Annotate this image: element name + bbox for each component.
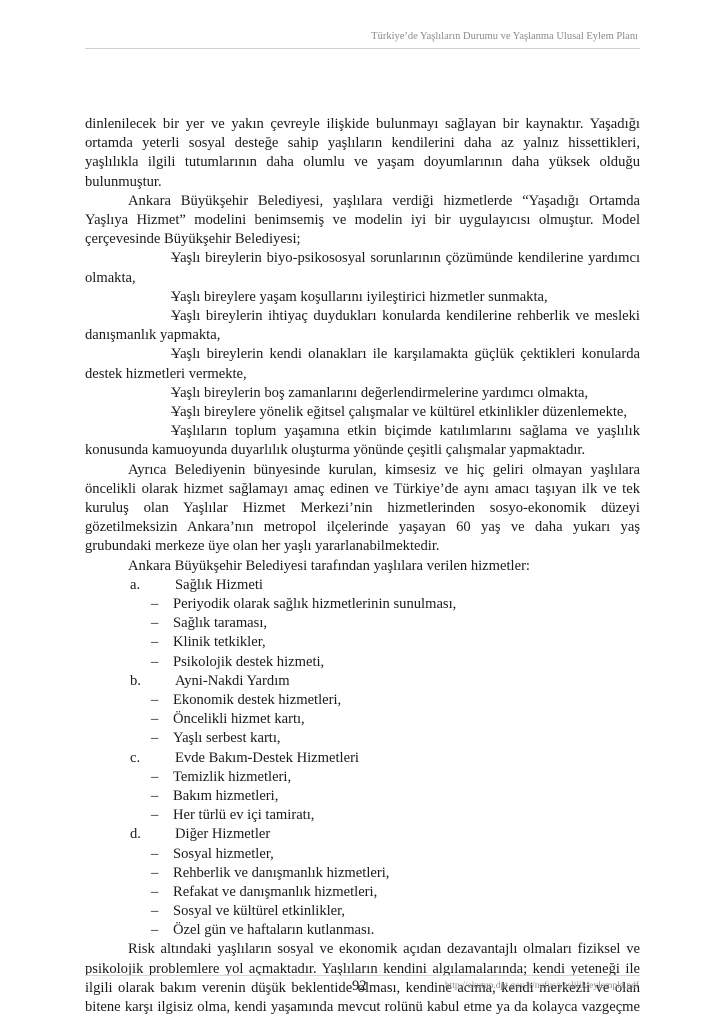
dash-bullet: – (151, 729, 158, 748)
dash-bullet: – (128, 249, 171, 268)
section-heading: a. Sağlık Hizmeti (85, 576, 640, 595)
section-title: Sağlık Hizmeti (175, 576, 263, 595)
dash-bullet: – (128, 422, 171, 441)
list-item: –Her türlü ev içi tamiratı, (85, 806, 640, 825)
list-item: –Sosyal ve kültürel etkinlikler, (85, 902, 640, 921)
section-letter: c. (130, 749, 140, 768)
dash-bullet: – (151, 864, 158, 883)
dash-bullet: – (151, 787, 158, 806)
dash-bullet: – (151, 883, 158, 902)
dash-bullet: – (128, 384, 171, 403)
list-item: –Yaşlı bireylere yönelik eğitsel çalışma… (85, 403, 640, 422)
section-title: Diğer Hizmetler (175, 825, 270, 844)
dash-bullet: – (151, 902, 158, 921)
footer-divider (85, 975, 640, 976)
paragraph-2: Ankara Büyükşehir Belediyesi, yaşlılara … (85, 192, 640, 250)
dash-bullet: – (151, 768, 158, 787)
services-list: a. Sağlık Hizmeti –Periyodik olarak sağl… (85, 576, 640, 941)
paragraph-3: Ayrıca Belediyenin bünyesinde kurulan, k… (85, 461, 640, 557)
dash-bullet: – (151, 806, 158, 825)
dash-bullet: – (128, 403, 171, 422)
dash-bullet: – (128, 345, 171, 364)
section-heading: c. Evde Bakım-Destek Hizmetleri (85, 749, 640, 768)
section-heading: b. Ayni-Nakdi Yardım (85, 672, 640, 691)
section-letter: b. (130, 672, 141, 691)
page-body: dinlenilecek bir yer ve yakın çevreyle i… (85, 115, 640, 1017)
list-item: –Yaşlı bireylerin boş zamanlarını değerl… (85, 384, 640, 403)
section-title: Ayni-Nakdi Yardım (175, 672, 290, 691)
list-item: –Yaşlı bireylerin kendi olanakları ile k… (85, 345, 640, 383)
list-item: –Özel gün ve haftaların kutlanması. (85, 921, 640, 940)
dash-bullet: – (151, 845, 158, 864)
dash-bullet: – (128, 307, 171, 326)
list-item: –Refakat ve danışmanlık hizmetleri, (85, 883, 640, 902)
paragraph-1: dinlenilecek bir yer ve yakın çevreyle i… (85, 115, 640, 192)
section-heading: d. Diğer Hizmetler (85, 825, 640, 844)
dash-bullet: – (128, 288, 171, 307)
list-item: –Periyodik olarak sağlık hizmetlerinin s… (85, 595, 640, 614)
page-number: 92 (352, 978, 367, 995)
list-item: –Rehberlik ve danışmanlık hizmetleri, (85, 864, 640, 883)
section-letter: a. (130, 576, 140, 595)
list-item: –Psikolojik destek hizmeti, (85, 653, 640, 672)
list-item: –Yaşlı serbest kartı, (85, 729, 640, 748)
model-list: –Yaşlı bireylerin biyo-psikososyal sorun… (85, 249, 640, 460)
list-item: –Yaşlı bireylere yaşam koşullarını iyile… (85, 288, 640, 307)
list-item: –Temizlik hizmetleri, (85, 768, 640, 787)
dash-bullet: – (151, 653, 158, 672)
document-title: Türkiye’de Yaşlıların Durumu ve Yaşlanma… (371, 31, 638, 42)
header-divider (85, 48, 640, 49)
section-letter: d. (130, 825, 141, 844)
dash-bullet: – (151, 691, 158, 710)
paragraph-4: Ankara Büyükşehir Belediyesi tarafından … (85, 557, 640, 576)
section-title: Evde Bakım-Destek Hizmetleri (175, 749, 359, 768)
list-item: –Yaşlı bireylerin biyo-psikososyal sorun… (85, 249, 640, 287)
dash-bullet: – (151, 595, 158, 614)
dash-bullet: – (151, 710, 158, 729)
dash-bullet: – (151, 921, 158, 940)
dash-bullet: – (151, 614, 158, 633)
list-item: –Yaşlı bireylerin ihtiyaç duydukları kon… (85, 307, 640, 345)
list-item: –Ekonomik destek hizmetleri, (85, 691, 640, 710)
source-url: http://ekutup.dpt.gov.tr/nufus/yaslilik/… (445, 981, 639, 991)
list-item: –Öncelikli hizmet kartı, (85, 710, 640, 729)
list-item: –Bakım hizmetleri, (85, 787, 640, 806)
dash-bullet: – (151, 633, 158, 652)
list-item: –Sağlık taraması, (85, 614, 640, 633)
list-item: –Klinik tetkikler, (85, 633, 640, 652)
list-item: –Yaşlıların toplum yaşamına etkin biçimd… (85, 422, 640, 460)
list-item: –Sosyal hizmetler, (85, 845, 640, 864)
